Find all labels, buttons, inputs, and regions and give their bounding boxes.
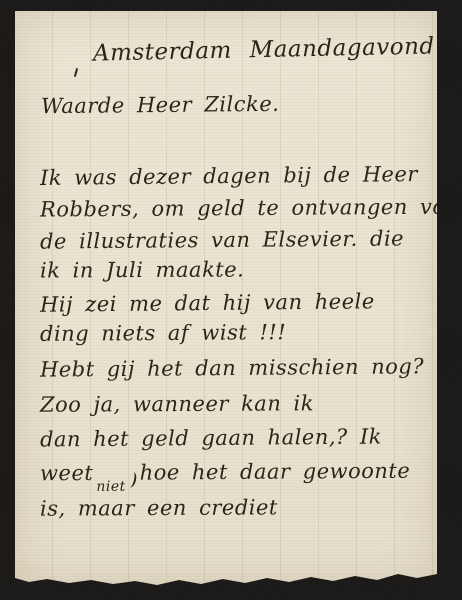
- body-line: Robbers, om geld te ontvangen voor: [40, 194, 462, 224]
- body-line-with-insertion: weetniethoe het daar gewoonte: [40, 458, 410, 491]
- letter-page: Amsterdam Maandagavond Waarde Heer Zilck…: [15, 11, 437, 586]
- insertion-before-text: weet: [40, 461, 93, 485]
- stray-ink-mark: [74, 68, 78, 77]
- insertion-after-text: hoe het daar gewoonte: [140, 459, 411, 485]
- salutation: Waarde Heer Zilcke.: [41, 92, 280, 118]
- insertion-caret-icon: [125, 471, 138, 489]
- body-line: Ik was dezer dagen bij de Heer: [40, 161, 418, 192]
- body-line: de illustraties van Elsevier. die: [40, 225, 404, 255]
- body-line: dan het geld gaan halen,? Ik: [40, 424, 382, 454]
- body-line: Hij zei me dat hij van heele: [40, 288, 375, 319]
- body-line: Zoo ja, wanneer kan ik: [40, 390, 314, 418]
- body-line: ik in Juli maakte.: [40, 256, 244, 284]
- body-line: Hebt gij het dan misschien nog?: [40, 353, 424, 383]
- letter-scan: Amsterdam Maandagavond Waarde Heer Zilck…: [0, 0, 462, 600]
- body-line: ding niets af wist !!!: [40, 319, 286, 348]
- dateline: Amsterdam Maandagavond: [93, 33, 435, 66]
- body-line: is, maar een crediet: [40, 494, 278, 522]
